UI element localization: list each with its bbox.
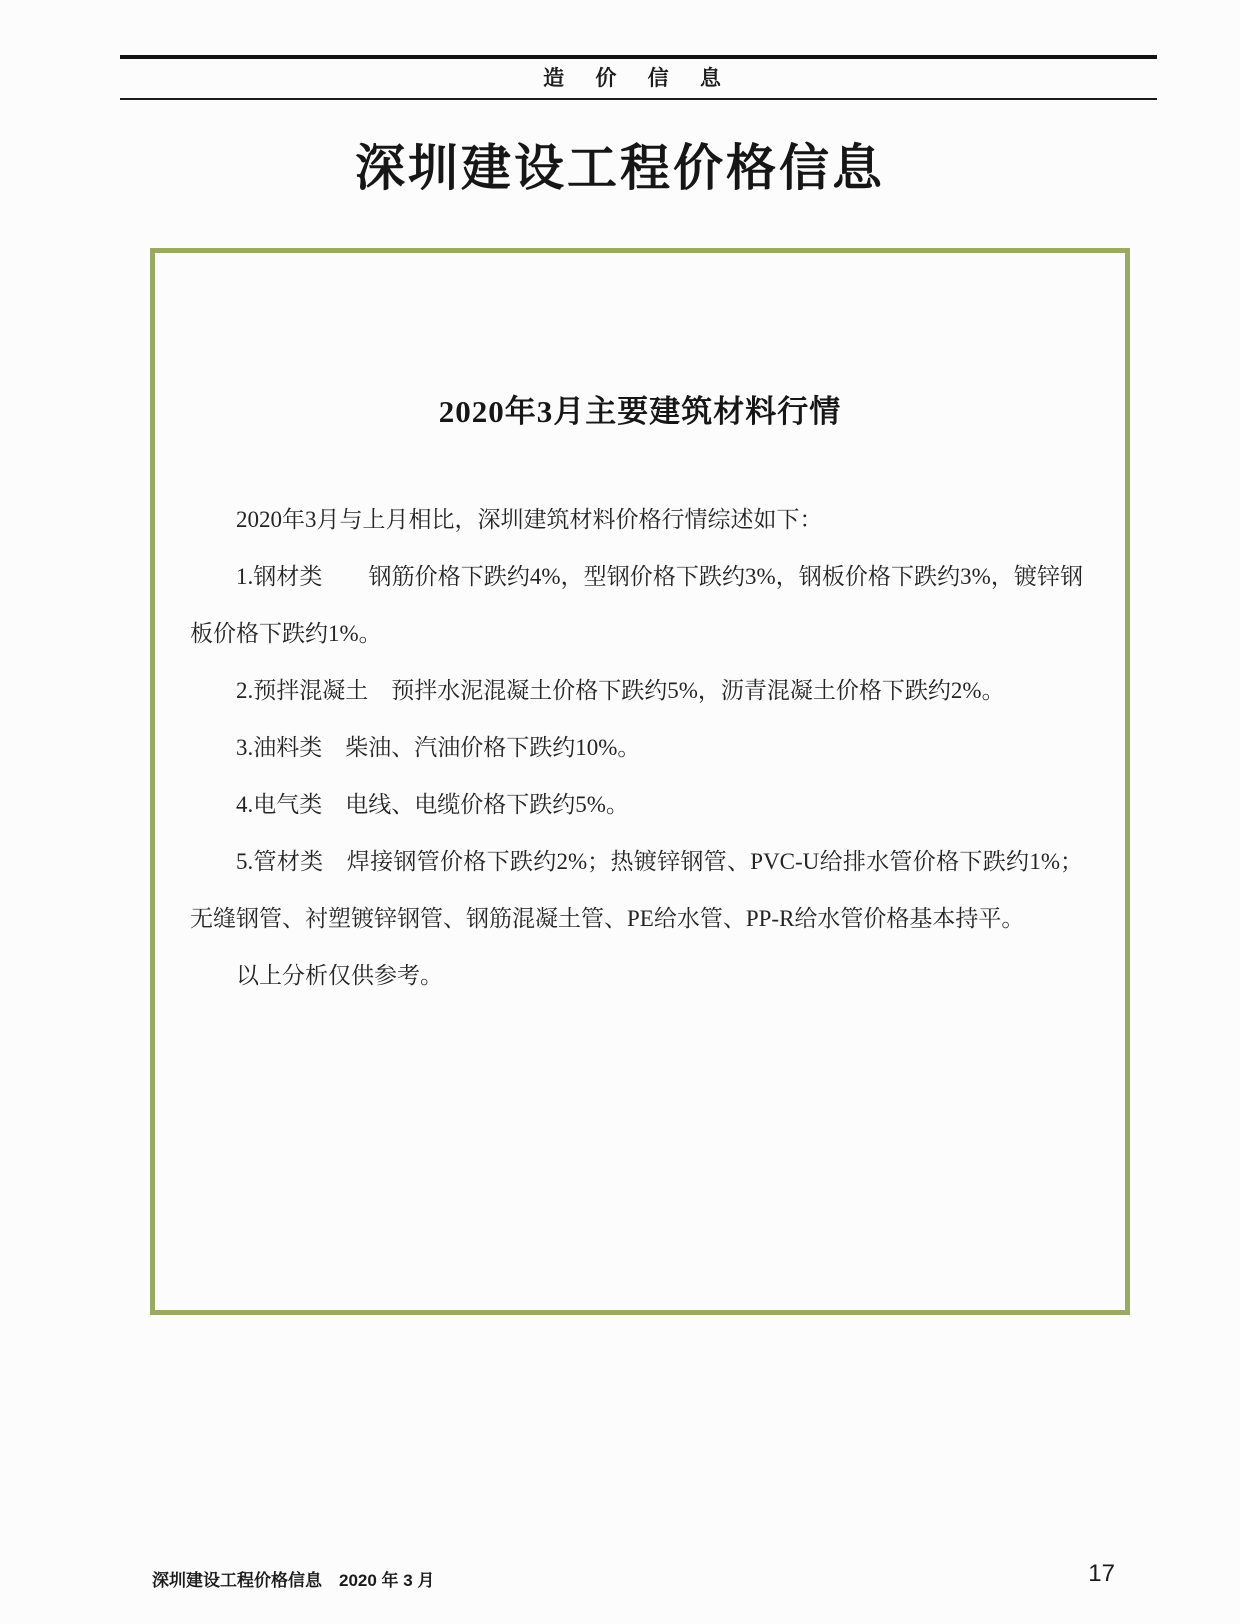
paragraph-concrete: 2.预拌混凝土 预拌水泥混凝土价格下跌约5%，沥青混凝土价格下跌约2%。 — [190, 662, 1083, 719]
page-title: 深圳建设工程价格信息 — [0, 128, 1240, 200]
paragraph-steel: 1.钢材类 钢筋价格下跌约4%，型钢价格下跌约3%，钢板价格下跌约3%，镀锌钢板… — [190, 548, 1083, 662]
content-box: 2020年3月主要建筑材料行情 2020年3月与上月相比，深圳建筑材料价格行情综… — [150, 248, 1130, 1315]
footer-doc-title: 深圳建设工程价格信息 2020 年 3 月 — [152, 1566, 434, 1591]
paragraph-closing: 以上分析仅供参考。 — [190, 947, 1083, 1004]
header-bottom-rule — [120, 98, 1157, 100]
header-top-rule — [120, 55, 1157, 59]
paragraph-pipes: 5.管材类 焊接钢管价格下跌约2%；热镀锌钢管、PVC-U给排水管价格下跌约1%… — [190, 833, 1083, 947]
header-section-label: 造 价 信 息 — [120, 62, 1157, 92]
box-body: 2020年3月与上月相比，深圳建筑材料价格行情综述如下： 1.钢材类 钢筋价格下… — [190, 491, 1083, 1004]
paragraph-oil: 3.油料类 柴油、汽油价格下跌约10%。 — [190, 719, 1083, 776]
page-header: 造 价 信 息 — [120, 0, 1157, 110]
document-page: 造 价 信 息 深圳建设工程价格信息 2020年3月主要建筑材料行情 2020年… — [0, 0, 1240, 1624]
paragraph-intro: 2020年3月与上月相比，深圳建筑材料价格行情综述如下： — [190, 491, 1083, 548]
box-title: 2020年3月主要建筑材料行情 — [155, 386, 1125, 431]
page-number: 17 — [1088, 1560, 1115, 1588]
paragraph-electric: 4.电气类 电线、电缆价格下跌约5%。 — [190, 776, 1083, 833]
